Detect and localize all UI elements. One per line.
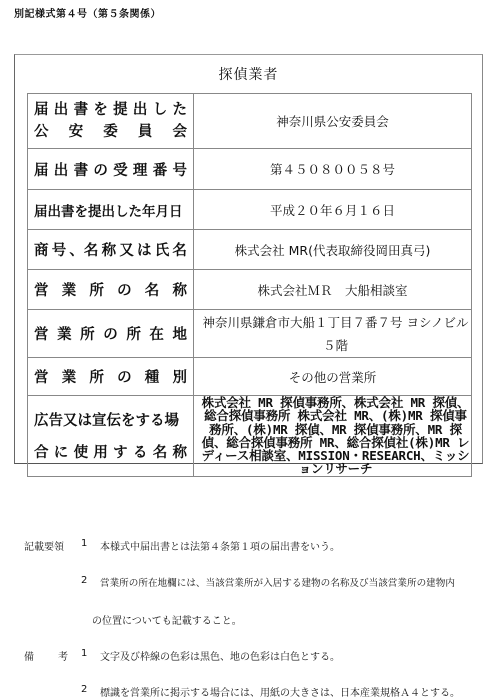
- remarks-item-2-text: 標識を営業所に掲示する場合には、用紙の大きさは、日本産業規格Ａ４とする。: [100, 684, 460, 698]
- label-char: 地: [172, 323, 187, 344]
- label-char: 業: [57, 323, 72, 344]
- table-row-receipt-number: 届出書の受理番号 第４５０８００５８号: [28, 149, 472, 190]
- entry-item-2-continuation: の位置についても記載すること。: [92, 612, 242, 627]
- label-char: 業: [62, 279, 77, 300]
- label-char: 出: [54, 159, 69, 180]
- label-char: す: [113, 438, 128, 468]
- label-char: 名: [172, 239, 187, 260]
- label-office-type: 営業所の種別: [28, 358, 194, 396]
- label-char: 称: [102, 239, 117, 260]
- label-char: 公: [34, 121, 49, 143]
- remarks-item-1-text: 文字及び枠線の色彩は黒色、地の色彩は白色とする。: [100, 648, 340, 663]
- sign-title: 探偵業者: [14, 54, 483, 93]
- label-char: 受: [113, 159, 128, 180]
- label-char: 会: [173, 121, 188, 143]
- label-char: 届: [34, 159, 49, 180]
- label-char: 号: [52, 239, 67, 260]
- entry-instructions-heading: 記載要領: [24, 538, 64, 553]
- table-row-commission: 届出書を提出した 公安委員会 神奈川県公安委員会: [28, 94, 472, 149]
- label-char: 種: [145, 366, 160, 387]
- label-char: に: [54, 438, 69, 468]
- label-char: 又: [119, 239, 134, 260]
- label-char: 所: [126, 323, 141, 344]
- sign-table: 届出書を提出した 公安委員会 神奈川県公安委員会 届出書の受理番号 第４５０８０…: [27, 93, 472, 477]
- label-char: 委: [103, 121, 118, 143]
- label-advertising-names: 広告又は宣伝をする場 合に使用する名称: [28, 396, 194, 477]
- label-char: 合: [34, 438, 49, 468]
- table-row-advertising-names: 広告又は宣伝をする場 合に使用する名称 株式会社 MR 探偵事務所、株式会社 M…: [28, 396, 472, 477]
- value-office-address: 神奈川県鎌倉市大船１丁目７番７号 ヨシノビル５階: [194, 310, 472, 358]
- label-office-address: 営業所の所在地: [28, 310, 194, 358]
- value-advertising-names: 株式会社 MR 探偵事務所、株式会社 MR 探偵、総合探偵事務所 株式会社 MR…: [194, 396, 472, 477]
- entry-item-2-text: 営業所の所在地欄には、当該営業所が入居する建物の名称及び当該営業所の建物内: [100, 575, 455, 589]
- label-char: 用: [93, 438, 108, 468]
- label-char: 号: [172, 159, 187, 180]
- table-row-trade-name: 商号、名称又は氏名 株式会社 MR(代表取締役岡田真弓): [28, 230, 472, 270]
- label-char: 書: [74, 99, 89, 121]
- label-char: の: [93, 159, 108, 180]
- label-char: の: [103, 323, 118, 344]
- label-char: は: [137, 239, 152, 260]
- label-char: 使: [74, 438, 89, 468]
- label-char: 営: [34, 366, 49, 387]
- label-char: 理: [133, 159, 148, 180]
- label-char: 安: [69, 121, 84, 143]
- label-char: 出: [133, 99, 148, 121]
- label-char: 商: [34, 239, 49, 260]
- label-char: を: [93, 99, 108, 121]
- label-char: 番: [153, 159, 168, 180]
- value-commission: 神奈川県公安委員会: [194, 94, 472, 149]
- label-char: 営: [34, 279, 49, 300]
- table-row-office-name: 営業所の名称 株式会社ＭＲ 大船相談室: [28, 270, 472, 310]
- remarks-item-1-number: 1: [81, 648, 87, 659]
- value-receipt-number: 第４５０８００５８号: [194, 149, 472, 190]
- label-char: 氏: [155, 239, 170, 260]
- label-char: る: [133, 438, 148, 468]
- label-char: 出: [54, 99, 69, 121]
- label-char: 在: [149, 323, 164, 344]
- entry-item-2-number: 2: [81, 575, 87, 586]
- label-char: 所: [80, 323, 95, 344]
- label-char: た: [172, 99, 187, 121]
- label-char: 員: [138, 121, 153, 143]
- label-submission-date: 届出書を提出した年月日: [28, 190, 194, 230]
- table-row-office-type: 営業所の種別 その他の営業所: [28, 358, 472, 396]
- form-identifier: 別記様式第４号（第５条関係）: [14, 5, 161, 20]
- remarks-item-2-number: 2: [81, 684, 87, 695]
- label-char: 別: [172, 366, 187, 387]
- label-char: 名: [145, 279, 160, 300]
- label-trade-name: 商号、名称又は氏名: [28, 230, 194, 270]
- label-char: 所: [89, 279, 104, 300]
- label-office-name: 営業所の名称: [28, 270, 194, 310]
- remarks-heading-2: 考: [58, 648, 68, 663]
- label-char: 書: [74, 159, 89, 180]
- label-char: 提: [113, 99, 128, 121]
- label-char: の: [117, 366, 132, 387]
- label-char: 、名: [69, 239, 98, 260]
- label-char: 名: [153, 438, 168, 468]
- label-char: の: [117, 279, 132, 300]
- value-office-type: その他の営業所: [194, 358, 472, 396]
- entry-item-1-text: 本様式中届出書とは法第４条第１項の届出書をいう。: [100, 538, 340, 553]
- label-char: 称: [172, 279, 187, 300]
- label-char: 業: [62, 366, 77, 387]
- label-char: 届: [34, 99, 49, 121]
- value-submission-date: 平成２０年６月１６日: [194, 190, 472, 230]
- remarks-heading-1: 備: [24, 648, 34, 663]
- label-char: 称: [172, 438, 187, 468]
- label-receipt-number: 届出書の受理番号: [28, 149, 194, 190]
- value-office-name: 株式会社ＭＲ 大船相談室: [194, 270, 472, 310]
- table-row-submission-date: 届出書を提出した年月日 平成２０年６月１６日: [28, 190, 472, 230]
- table-row-office-address: 営業所の所在地 神奈川県鎌倉市大船１丁目７番７号 ヨシノビル５階: [28, 310, 472, 358]
- label-char: 所: [89, 366, 104, 387]
- value-trade-name: 株式会社 MR(代表取締役岡田真弓): [194, 230, 472, 270]
- entry-item-1-number: 1: [81, 538, 87, 549]
- label-char: 営: [34, 323, 49, 344]
- label-commission: 届出書を提出した 公安委員会: [28, 94, 194, 149]
- label-char: し: [153, 99, 168, 121]
